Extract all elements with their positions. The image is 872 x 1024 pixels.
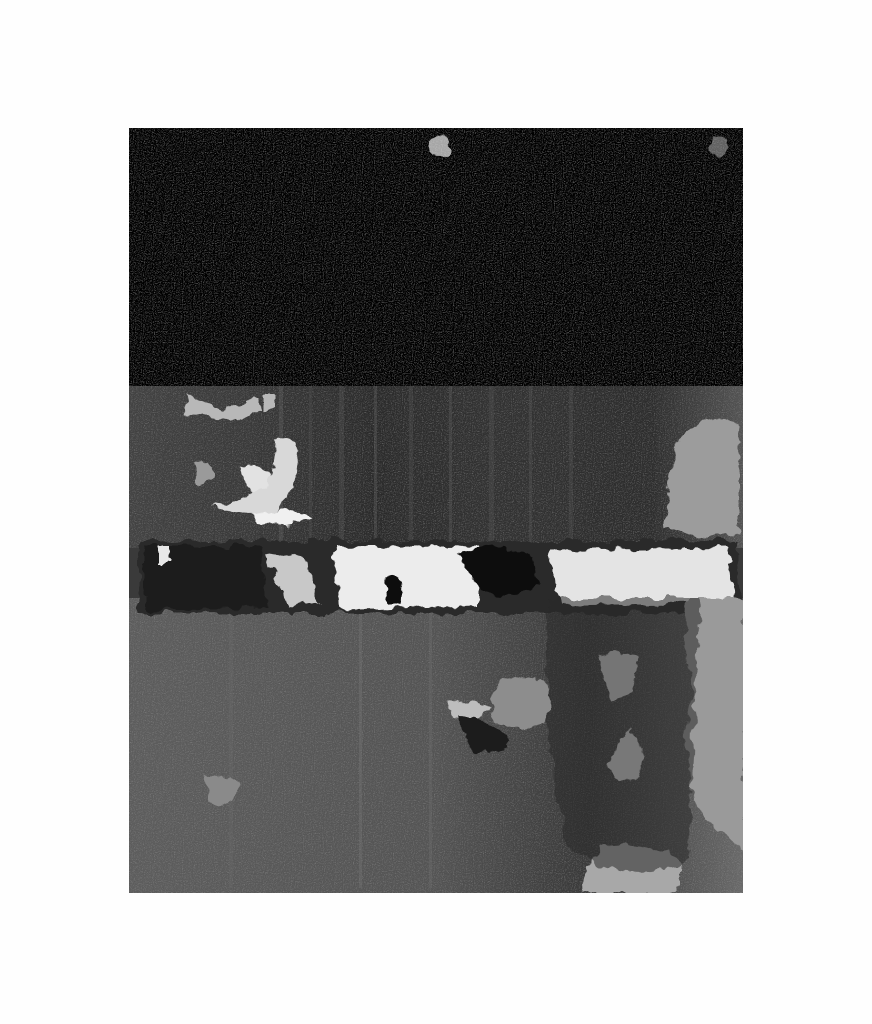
paper-sheet <box>0 0 872 1024</box>
print-plate <box>129 128 743 893</box>
abstract-print-image <box>129 128 743 893</box>
